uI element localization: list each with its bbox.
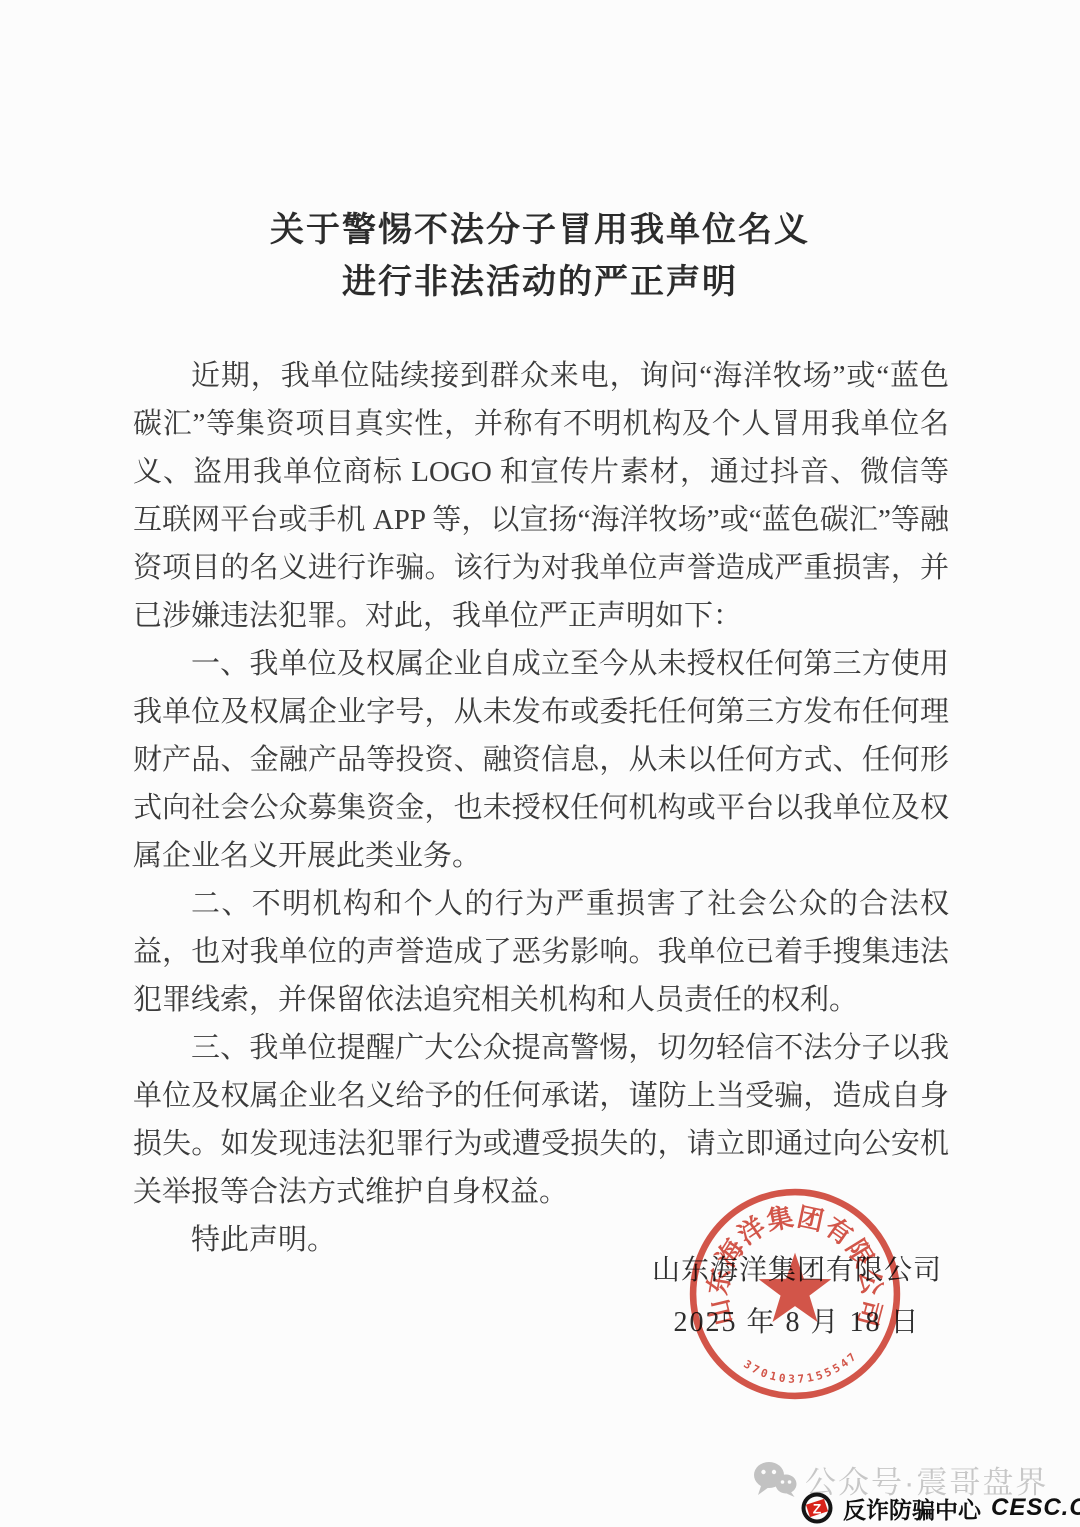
- paragraph-item-1: 一、我单位及权属企业自成立至今从未授权任何第三方使用我单位及权属企业字号，从未发…: [133, 640, 949, 880]
- scanned-document-page: 关于警惕不法分子冒用我单位名义 进行非法活动的严正声明 近期，我单位陆续接到群众…: [0, 0, 1080, 1527]
- antifraud-site-label: CESC.CC: [991, 1494, 1080, 1522]
- seal-star-icon: [759, 1253, 832, 1322]
- antifraud-watermark: Z 反诈防骗中心 CESC.CC: [801, 1490, 1080, 1526]
- company-seal-stamp: 山东海洋集团有限公司 3701037155547: [684, 1183, 906, 1405]
- document-title-line1: 关于警惕不法分子冒用我单位名义: [0, 202, 1080, 251]
- wechat-icon: [753, 1461, 797, 1497]
- document-body: 近期，我单位陆续接到群众来电，询问“海洋牧场”或“蓝色碳汇”等集资项目真实性，并…: [133, 352, 949, 1264]
- antifraud-logo-icon: Z: [801, 1492, 833, 1524]
- svg-text:Z: Z: [813, 1501, 822, 1517]
- antifraud-center-label: 反诈防骗中心: [843, 1492, 981, 1525]
- paragraph-intro: 近期，我单位陆续接到群众来电，询问“海洋牧场”或“蓝色碳汇”等集资项目真实性，并…: [133, 352, 949, 640]
- document-title-line2: 进行非法活动的严正声明: [0, 254, 1080, 303]
- paragraph-item-2: 二、不明机构和个人的行为严重损害了社会公众的合法权益，也对我单位的声誉造成了恶劣…: [133, 880, 949, 1024]
